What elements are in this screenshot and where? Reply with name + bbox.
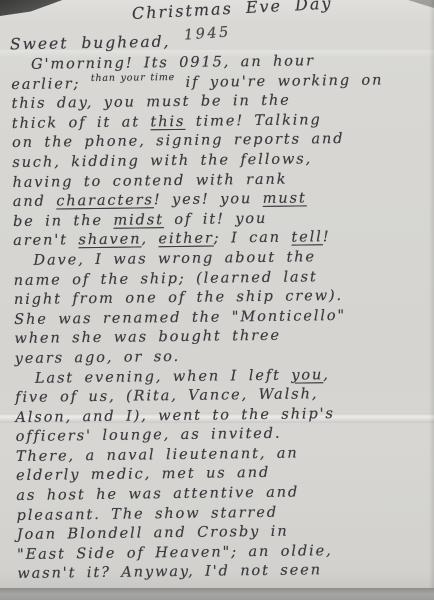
scan-surface-below-paper <box>0 588 434 600</box>
bent-corner-shadow-top-left <box>0 0 110 16</box>
letter-line: wasn't it? Anyway, I'd not seen <box>17 560 434 585</box>
inserted-text-above-line: than your time <box>91 72 175 84</box>
letter-body: G'morning! Its 0915, an hourearlier; tha… <box>11 51 434 585</box>
letter-paper: Christmas Eve Day 1945 Sweet bughead, G'… <box>0 0 434 588</box>
scanned-letter: Christmas Eve Day 1945 Sweet bughead, G'… <box>0 0 434 600</box>
salutation: Sweet bughead, <box>10 33 171 54</box>
date-line: Christmas Eve Day <box>132 0 333 23</box>
year: 1945 <box>183 24 231 43</box>
